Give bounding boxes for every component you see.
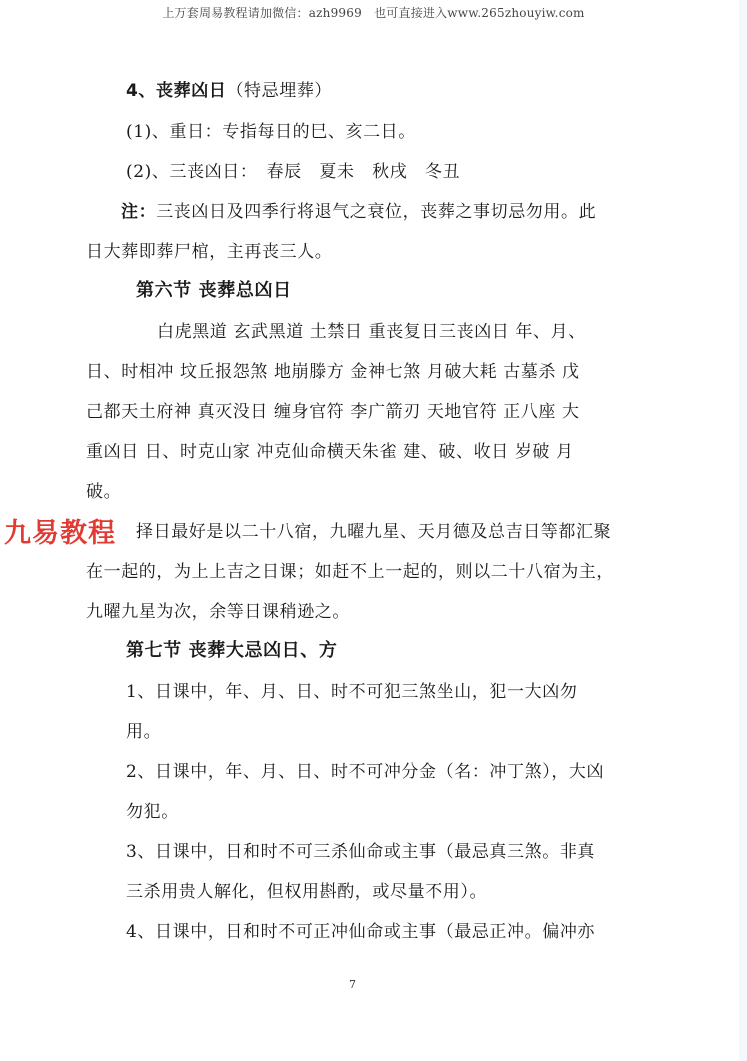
section4-title: 4、丧葬凶日（特忌埋葬） — [126, 76, 332, 101]
section4-title-bold: 4、丧葬凶日 — [126, 81, 226, 101]
section6-line: 破。 — [86, 477, 121, 502]
section6-line: 日、时相冲 坟丘报怨煞 地崩滕方 金神七煞 月破大耗 古墓杀 戊 — [86, 357, 580, 382]
watermark-logo: 九易教程 — [4, 511, 116, 550]
section7-line: 2、日课中，年、月、日、时不可冲分金（名：冲丁煞），大凶 — [126, 757, 604, 782]
section6-heading: 第六节 丧葬总凶日 — [136, 276, 292, 302]
section7-line: 3、日课中，日和时不可三杀仙命或主事（最忌真三煞。非真 — [126, 837, 595, 862]
note-label: 注： — [121, 202, 156, 222]
section7-heading: 第七节 丧葬大忌凶日、方 — [126, 636, 337, 662]
section6-paragraph-line: 在一起的，为上上吉之日课；如赶不上一起的，则以二十八宿为主， — [86, 557, 614, 582]
section4-title-note: （特忌埋葬） — [226, 81, 332, 101]
section4-item-1: (1)、重日：专指每日的巳、亥二日。 — [126, 117, 416, 142]
section4-item-2: (2)、三丧凶日： 春辰 夏未 秋戌 冬丑 — [126, 157, 460, 182]
section7-line: 勿犯。 — [126, 797, 179, 822]
section6-line: 白虎黑道 玄武黑道 土禁日 重丧复日三丧凶日 年、月、 — [157, 317, 586, 342]
section4-note: 注：三丧凶日及四季行将退气之衰位，丧葬之事切忌勿用。此 — [121, 197, 596, 222]
section4-note-line2: 日大葬即葬尸棺，主再丧三人。 — [86, 237, 332, 262]
section6-line: 重凶日 日、时克山家 冲克仙命横天朱雀 建、破、收日 岁破 月 — [86, 437, 574, 462]
section7-line: 用。 — [126, 717, 161, 742]
note-text: 三丧凶日及四季行将退气之衰位，丧葬之事切忌勿用。此 — [156, 202, 596, 222]
section7-line: 4、日课中，日和时不可正冲仙命或主事（最忌正冲。偏冲亦 — [126, 917, 595, 942]
section6-paragraph-line: 九曜九星为次，余等日课稍逊之。 — [86, 597, 350, 622]
section6-line: 己都天土府神 真灭没日 缠身官符 李广箭刃 天地官符 正八座 大 — [86, 397, 580, 422]
page-number: 7 — [349, 978, 356, 991]
section6-paragraph-line: 择日最好是以二十八宿，九曜九星、天月德及总吉日等都汇聚 — [136, 517, 611, 542]
page-edge-shade — [739, 0, 747, 1061]
section7-line: 三杀用贵人解化，但权用斟酌，或尽量不用）。 — [126, 877, 487, 902]
header-banner: 上万套周易教程请加微信：azh9969 也可直接进入www.265zhouyiw… — [0, 4, 747, 21]
section7-line: 1、日课中，年、月、日、时不可犯三煞坐山，犯一大凶勿 — [126, 677, 577, 702]
